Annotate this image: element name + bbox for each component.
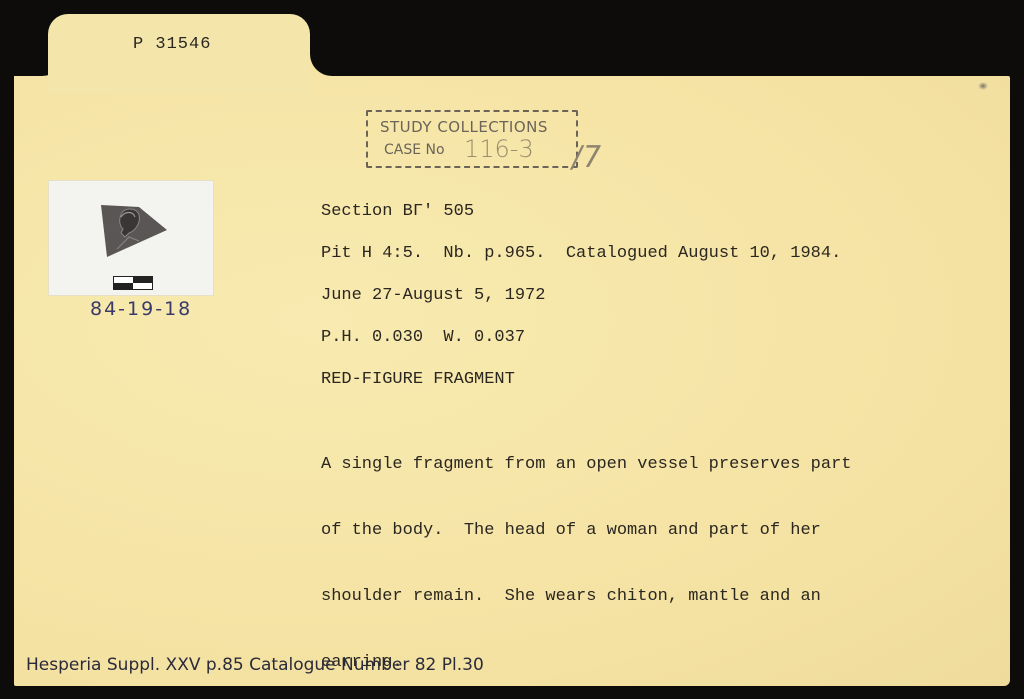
pit-line: Pit H 4:5. Nb. p.965. Catalogued August …: [321, 244, 841, 263]
section-line: Section ΒΓ' 505: [321, 202, 474, 221]
description-line: shoulder remain. She wears chiton, mantl…: [321, 586, 852, 608]
stain-mark: [978, 82, 988, 90]
stamp-title: STUDY COLLECTIONS: [380, 118, 548, 136]
study-collections-stamp: STUDY COLLECTIONS CASE No 116-3: [366, 110, 578, 168]
stamp-case-label: CASE No: [384, 142, 445, 158]
publication-note: Hesperia Suppl. XXV p.85 Catalogue Numbe…: [26, 655, 484, 675]
fraction-mark: /7: [569, 140, 604, 175]
dates-line: June 27-August 5, 1972: [321, 286, 545, 305]
accession-number: P 31546: [133, 35, 211, 54]
object-title: RED-FIGURE FRAGMENT: [321, 370, 515, 389]
description-line: A single fragment from an open vessel pr…: [321, 454, 852, 476]
fragment-photo: [48, 180, 214, 296]
description: A single fragment from an open vessel pr…: [321, 410, 852, 696]
description-line: of the body. The head of a woman and par…: [321, 520, 852, 542]
stamp-case-number: 116-3: [464, 135, 534, 163]
photo-number: 84-19-18: [90, 298, 192, 320]
scale-bar: [113, 276, 153, 290]
card-tab: [48, 14, 310, 94]
sherd-image-icon: [99, 203, 171, 259]
dimensions-line: P.H. 0.030 W. 0.037: [321, 328, 525, 347]
